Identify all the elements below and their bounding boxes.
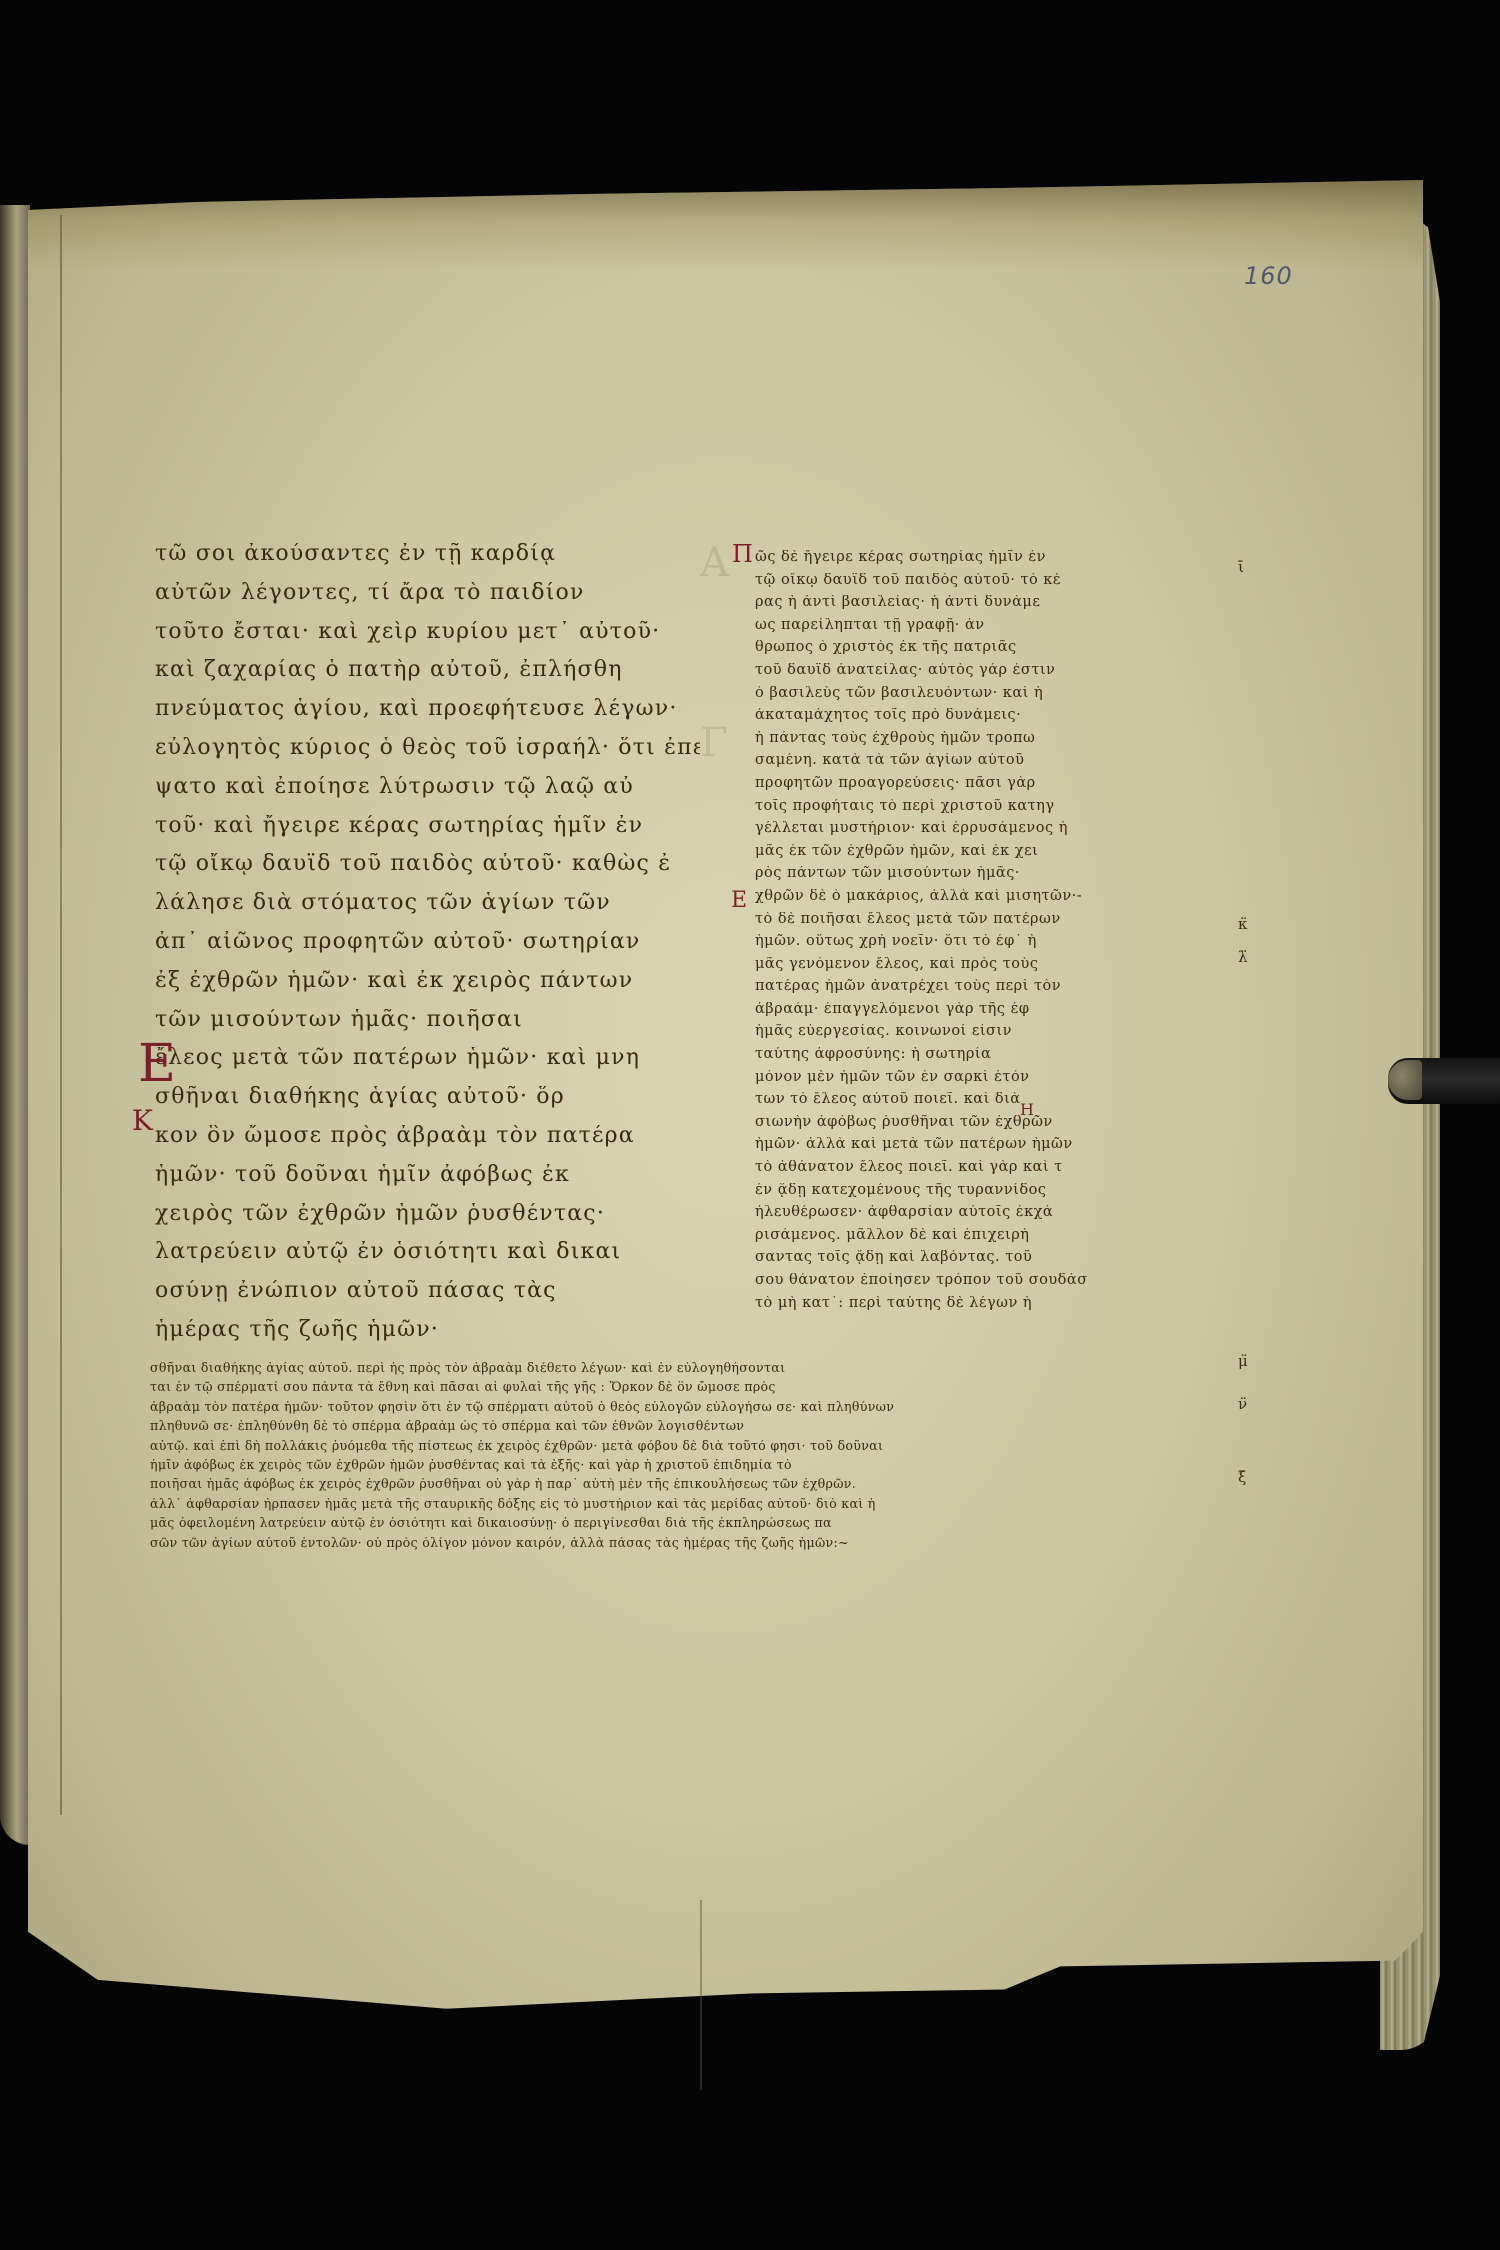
text-line: τοῖς προφήταις τὸ περὶ χριστοῦ κατηγ <box>755 799 1185 822</box>
text-line: τῶν μισούντων ἡμᾶς· ποιῆσαι <box>155 1009 700 1048</box>
text-line: κον ὃν ὤμοσε πρὸς ἀβραὰμ τὸν πατέρα <box>155 1125 700 1164</box>
rubric-initial: Π <box>732 540 753 568</box>
text-line: σθῆναι διαθήκης ἁγίας αὐτοῦ. περὶ ἧς πρὸ… <box>150 1362 1150 1381</box>
text-line: αὐτῶν λέγοντες, τί ἄρα τὸ παιδίον <box>155 582 700 621</box>
text-line: ἡμῶν. οὕτως χρὴ νοεῖν· ὅτι τὸ ἐφ᾽ ἡ <box>755 934 1185 957</box>
text-line: ρισάμενος. μᾶλλον δὲ καὶ ἐπιχειρή <box>755 1228 1185 1251</box>
text-line: τῶ σοι ἀκούσαντες ἐν τῇ καρδίᾳ <box>155 543 700 582</box>
text-line: μᾶς ἐκ τῶν ἐχθρῶν ἡμῶν, καὶ ἐκ χει <box>755 844 1185 867</box>
text-line: των τὸ ἔλεος αὐτοῦ ποιεῖ. καὶ διὰ <box>755 1092 1185 1115</box>
text-line: οσύνῃ ἐνώπιον αὐτοῦ πάσας τὰς <box>155 1280 700 1319</box>
text-line: ρας ἡ ἀντὶ βασιλείας· ἡ ἀντὶ δυνάμε <box>755 595 1185 618</box>
text-line: ρὸς πάντων τῶν μισούντων ἡμᾶς· <box>755 866 1185 889</box>
text-line: μᾶς γενόμενον ἔλεος, καὶ πρὸς τοὺς <box>755 957 1185 980</box>
book-clamp-tip <box>1388 1060 1422 1100</box>
text-line: ἡμέρας τῆς ζωῆς ἡμῶν· <box>155 1319 700 1358</box>
text-line: λάλησε διὰ στόματος τῶν ἁγίων τῶν <box>155 892 700 931</box>
margin-mark: λ̈ <box>1238 948 1248 966</box>
text-line: σῶν τῶν ἁγίων αὐτοῦ ἐντολῶν· οὐ πρὸς ὀλί… <box>150 1537 1150 1556</box>
text-line: ἀβραὰμ τὸν πατέρα ἡμῶν· τοῦτον φησὶν ὅτι… <box>150 1401 1150 1420</box>
rubric-initial: Κ <box>132 1104 153 1137</box>
text-line: μᾶς ὀφειλομένη λατρεύειν αὐτῷ ἐν ὁσιότητ… <box>150 1517 1150 1536</box>
text-line: τῷ οἴκῳ δαυῒδ τοῦ παιδὸς αὐτοῦ· καθὼς ἐ <box>155 853 700 892</box>
show-through-text: Γ <box>700 720 728 766</box>
margin-mark: ν̈ <box>1238 1395 1247 1413</box>
text-line: ἀλλ᾽ ἀφθαρσίαν ἦρπασεν ἡμᾶς μετὰ τῆς στα… <box>150 1498 1150 1517</box>
text-line: αὐτῷ. καὶ ἐπὶ δὴ πολλάκις ῥυόμεθα τῆς πί… <box>150 1440 1150 1459</box>
text-line: ταύτης ἀφροσύνης: ἡ σωτηρία <box>755 1047 1185 1070</box>
rubric-initial: Ε <box>138 1034 176 1094</box>
text-line: σαμένη. κατὰ τὰ τῶν ἁγίων αὐτοῦ <box>755 753 1185 776</box>
text-line: πνεύματος ἁγίου, καὶ προεφήτευσε λέγων· <box>155 698 700 737</box>
show-through-text: Α <box>700 540 729 586</box>
facing-page-edge <box>0 205 30 1845</box>
water-stain <box>28 180 1423 270</box>
margin-mark: ῑ <box>1238 558 1244 576</box>
text-line: τὸ μὴ κατ᾽: περὶ ταύτης δὲ λέγων ἡ <box>755 1296 1185 1319</box>
text-line: ἐξ ἐχθρῶν ἡμῶν· καὶ ἐκ χειρὸς πάντων <box>155 970 700 1009</box>
text-line: σιωνὴν ἀφόβως ῥυσθῆναι τῶν ἐχθρῶν <box>755 1115 1185 1138</box>
text-line: ἡμῶν· τοῦ δοῦναι ἡμῖν ἀφόβως ἐκ <box>155 1164 700 1203</box>
text-line: ως παρείληπται τῇ γραφῇ· ἀν <box>755 618 1185 641</box>
text-line: ἡ πάντας τοὺς ἐχθροὺς ἡμῶν τροπω <box>755 731 1185 754</box>
text-line: εὐλογητὸς κύριος ὁ θεὸς τοῦ ἰσραήλ· ὅτι … <box>155 737 700 776</box>
text-line: πατέρας ἡμῶν ἀνατρέχει τοὺς περὶ τὸν <box>755 979 1185 1002</box>
text-line: ται ἐν τῷ σπέρματί σου πάντα τὰ ἔθνη καὶ… <box>150 1381 1150 1400</box>
commentary-column: ῶς δὲ ἤγειρε κέρας σωτηρίας ἡμῖν ἐντῷ οἴ… <box>755 550 1185 1318</box>
rubric-initial: Η <box>1020 1100 1034 1119</box>
text-line: ὁ βασιλεὺς τῶν βασιλευόντων· καὶ ἡ <box>755 686 1185 709</box>
text-line: τοῦτο ἔσται· καὶ χεὶρ κυρίου μετ᾽ αὐτοῦ· <box>155 621 700 660</box>
text-line: σθῆναι διαθήκης ἁγίας αὐτοῦ· ὅρ <box>155 1086 700 1125</box>
text-line: ἡμᾶς εὐεργεσίας. κοινωνοί εἰσιν <box>755 1024 1185 1047</box>
parchment-crease <box>700 1900 702 2090</box>
text-line: χειρὸς τῶν ἐχθρῶν ἡμῶν ῥυσθέντας· <box>155 1203 700 1242</box>
text-line: λατρεύειν αὐτῷ ἐν ὁσιότητι καὶ δικαι <box>155 1241 700 1280</box>
text-line: τοῦ· καὶ ἤγειρε κέρας σωτηρίας ἡμῖν ἐν <box>155 815 700 854</box>
text-line: ἔλεος μετὰ τῶν πατέρων ἡμῶν· καὶ μνη <box>155 1047 700 1086</box>
bottom-commentary-block: σθῆναι διαθήκης ἁγίας αὐτοῦ. περὶ ἧς πρὸ… <box>150 1362 1150 1556</box>
text-line: θρωπος ὁ χριστὸς ἐκ τῆς πατριᾶς <box>755 640 1185 663</box>
text-line: ἀκαταμάχητος τοῖς πρὸ δυνάμεις· <box>755 708 1185 731</box>
text-line: τοῦ δαυῒδ ἀνατείλας· αὐτὸς γάρ ἐστιν <box>755 663 1185 686</box>
text-line: χθρῶν δὲ ὁ μακάριος, ἀλλὰ καὶ μισητῶν·- <box>755 889 1185 912</box>
text-line: τῷ οἴκῳ δαυῒδ τοῦ παιδὸς αὐτοῦ· τὸ κέ <box>755 573 1185 596</box>
text-line: ἀπ᾽ αἰῶνος προφητῶν αὐτοῦ· σωτηρίαν <box>155 931 700 970</box>
margin-mark: κ̈ <box>1238 915 1247 933</box>
text-line: ἡμῖν ἀφόβως ἐκ χειρὸς τῶν ἐχθρῶν ἡμῶν ῥυ… <box>150 1459 1150 1478</box>
text-line: μόνον μὲν ἡμῶν τῶν ἐν σαρκὶ ἐτόν <box>755 1070 1185 1093</box>
text-line: προφητῶν προαγορεύσεις· πᾶσι γὰρ <box>755 776 1185 799</box>
text-line: καὶ ζαχαρίας ὁ πατὴρ αὐτοῦ, ἐπλήσθη <box>155 659 700 698</box>
gutter-shadow <box>60 215 62 1815</box>
folio-number: 160 <box>1244 262 1293 290</box>
margin-mark: ξ̈ <box>1238 1468 1246 1486</box>
text-line: σου θάνατον ἐποίησεν τρόπον τοῦ σουδάσ <box>755 1273 1185 1296</box>
text-line: ἠλευθέρωσεν· ἀφθαρσίαν αὐτοῖς ἐκχά <box>755 1205 1185 1228</box>
text-line: πληθυνῶ σε· ἐπληθύνθη δὲ τὸ σπέρμα ἀβραὰ… <box>150 1420 1150 1439</box>
rubric-initial: Ε <box>731 888 747 913</box>
text-line: ῶς δὲ ἤγειρε κέρας σωτηρίας ἡμῖν ἐν <box>755 550 1185 573</box>
text-line: ποιῆσαι ἡμᾶς ἀφόβως ἐκ χειρὸς ἐχθρῶν ῥυσ… <box>150 1478 1150 1497</box>
text-line: τὸ ἀθάνατον ἔλεος ποιεῖ. καὶ γὰρ καὶ τ <box>755 1160 1185 1183</box>
text-line: γέλλεται μυστήριον· καὶ ἐρρυσάμενος ἡ <box>755 821 1185 844</box>
margin-mark: μ̈ <box>1238 1352 1248 1370</box>
text-line: ψατο καὶ ἐποίησε λύτρωσιν τῷ λαῷ αὐ <box>155 776 700 815</box>
text-line: τὸ δὲ ποιῆσαι ἔλεος μετὰ τῶν πατέρων <box>755 912 1185 935</box>
text-line: ἡμῶν· ἀλλὰ καὶ μετὰ τῶν πατέρων ἡμῶν <box>755 1137 1185 1160</box>
left-text-column: τῶ σοι ἀκούσαντες ἐν τῇ καρδίᾳαὐτῶν λέγο… <box>155 543 700 1358</box>
text-line: ἀβραάμ· ἐπαγγελόμενοι γὰρ τῆς ἐφ <box>755 1002 1185 1025</box>
text-line: σαντας τοῖς ᾅδῃ καὶ λαβόντας. τοῦ <box>755 1250 1185 1273</box>
text-line: ἐν ᾅδῃ κατεχομένους τῆς τυραννίδος <box>755 1183 1185 1206</box>
